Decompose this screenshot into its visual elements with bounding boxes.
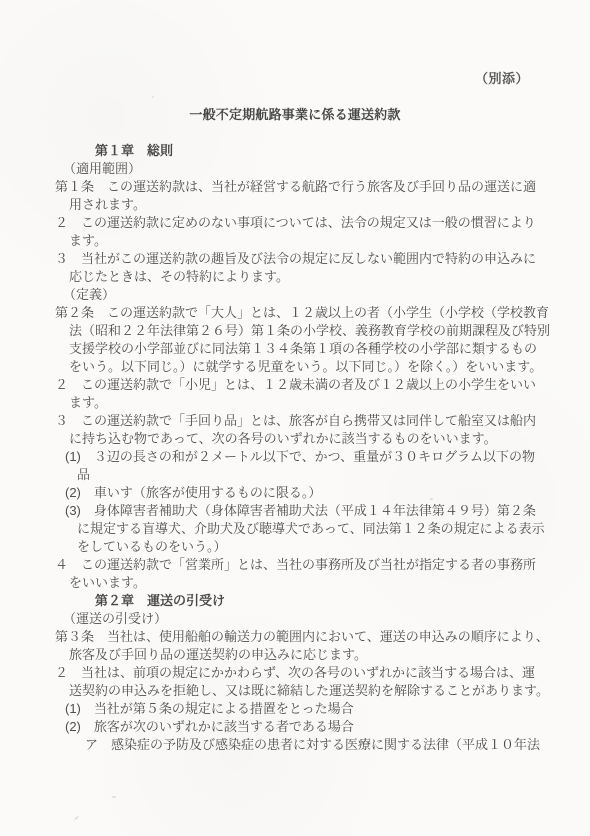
- document-line: ２ この運送約款に定めのない事項については、法令の規定又は一般の慣習により: [0, 214, 590, 232]
- attachment-note: （別添）: [475, 68, 529, 87]
- document-line: （運送の引受け）: [0, 610, 590, 628]
- document-line: 応じたときは、その特約によります。: [0, 268, 590, 286]
- document-line: ます。: [0, 394, 590, 412]
- document-line: をいいます。: [0, 574, 590, 592]
- document-line: ２ この運送約款で「小児」とは、１２歳未満の者及び１２歳以上の小学生をいい: [0, 376, 590, 394]
- document-line: 第２章 運送の引受け: [0, 592, 590, 610]
- document-line: ４ この運送約款で「営業所」とは、当社の事務所及び当社が指定する者の事務所: [0, 556, 590, 574]
- scanned-document-page: （別添） 一般不定期航路事業に係る運送約款 第１章 総則（適用範囲）第１条 この…: [0, 0, 590, 836]
- document-line: 旅客及び手回り品の運送契約の申込みに応じます。: [0, 646, 590, 664]
- document-line: ２ 当社は、前項の規定にかかわらず、次の各号のいずれかに該当する場合は、運: [0, 664, 590, 682]
- document-line: 法（昭和２２年法律第２６号）第１条の小学校、義務教育学校の前期課程及び特別: [0, 322, 590, 340]
- scan-artifact: [152, 96, 154, 98]
- scan-artifact: [430, 498, 433, 500]
- document-line: ３ この運送約款で「手回り品」とは、旅客が自ら携帯又は同伴して船室又は船内: [0, 412, 590, 430]
- document-line: （適用範囲）: [0, 160, 590, 178]
- document-line: 支援学校の小学部並びに同法第１３４条第１項の各種学校の小学部に類するもの: [0, 340, 590, 358]
- document-line: 第１章 総則: [0, 142, 590, 160]
- scan-artifact: [521, 690, 523, 692]
- document-line: 品: [0, 466, 590, 484]
- document-line: 用されます。: [0, 196, 590, 214]
- document-line: (1) ３辺の長さの和が２メートル以下で、かつ、重量が３０キログラム以下の物: [0, 448, 590, 466]
- document-line: (2) 旅客が次のいずれかに該当する者である場合: [0, 718, 590, 736]
- document-line: 第１条 この運送約款は、当社が経営する航路で行う旅客及び手回り品の運送に適: [0, 178, 590, 196]
- document-line: ア 感染症の予防及び感染症の患者に対する医療に関する法律（平成１０年法: [0, 736, 590, 754]
- scan-artifact: [74, 816, 79, 821]
- document-line: 第２条 この運送約款で「大人」とは、１２歳以上の者（小学生（小学校（学校教育: [0, 304, 590, 322]
- document-line: をしているものをいう。）: [0, 538, 590, 556]
- document-line: に持ち込む物であって、次の各号のいずれかに該当するものをいいます。: [0, 430, 590, 448]
- document-line: ます。: [0, 232, 590, 250]
- document-line: (3) 身体障害者補助犬（身体障害者補助犬法（平成１４年法律第４９号）第２条: [0, 502, 590, 520]
- document-line: （定義）: [0, 286, 590, 304]
- scan-artifact: [112, 796, 116, 798]
- document-body: 第１章 総則（適用範囲）第１条 この運送約款は、当社が経営する航路で行う旅客及び…: [0, 142, 590, 754]
- document-line: に規定する盲導犬、介助犬及び聴導犬であって、同法第１２条の規定による表示: [0, 520, 590, 538]
- document-title: 一般不定期航路事業に係る運送約款: [0, 104, 590, 123]
- document-line: (1) 当社が第５条の規定による措置をとった場合: [0, 700, 590, 718]
- document-line: (2) 車いす（旅客が使用するものに限る。）: [0, 484, 590, 502]
- document-line: ３ 当社がこの運送約款の趣旨及び法令の規定に反しない範囲内で特約の申込みに: [0, 250, 590, 268]
- document-line: 送契約の申込みを拒絶し、又は既に締結した運送契約を解除することがあります。: [0, 682, 590, 700]
- document-line: をいう。以下同じ。）に就学する児童をいう。以下同じ。）を除く。）をいいます。: [0, 358, 590, 376]
- document-line: 第３条 当社は、使用船舶の輸送力の範囲内において、運送の申込みの順序により、: [0, 628, 590, 646]
